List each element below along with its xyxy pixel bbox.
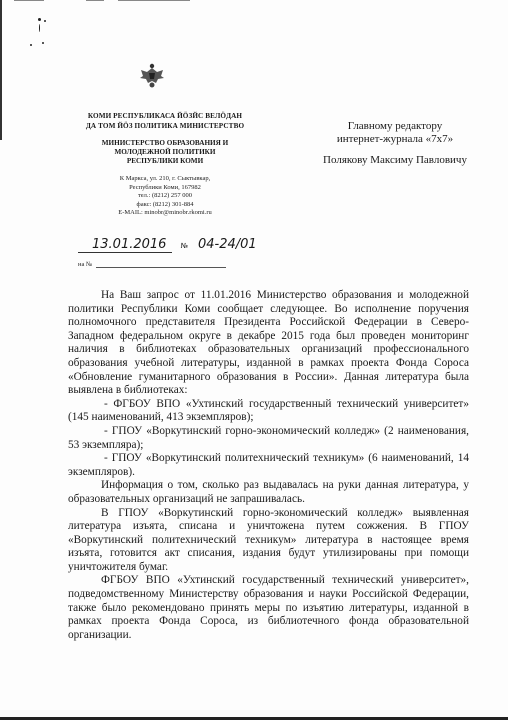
phone-line: тел.: (8212) 257 000 (65, 192, 265, 201)
reference-blank (96, 267, 226, 268)
komi-ministry-name: КОМИ РЕСПУБЛИКАСА ЙÖЗЙС ВЕЛÖДАН ДА ТОМ Й… (65, 111, 265, 131)
letterhead: КОМИ РЕСПУБЛИКАСА ЙÖЗЙС ВЕЛÖДАН ДА ТОМ Й… (65, 111, 265, 218)
list-item-library: - ГПОУ «Воркутинский горно-экономический… (68, 425, 469, 452)
addressee-name: Полякову Максиму Павловичу (285, 154, 505, 167)
addressee-position: Главному редактору (285, 120, 505, 133)
scan-edge-top (14, 0, 44, 1)
addressee-block: Главному редактору интернет-журнала «7х7… (285, 120, 505, 167)
ministry-name-line: РЕСПУБЛИКИ КОМИ (65, 157, 265, 166)
registration-number-label: № (181, 242, 188, 250)
ministry-address: К Маркса, ул. 210, г. Сыктывкар, Республ… (65, 175, 265, 218)
registration-date: 13.01.2016 (78, 237, 172, 253)
scanned-letter-page: КОМИ РЕСПУБЛИКАСА ЙÖЗЙС ВЕЛÖДАН ДА ТОМ Й… (0, 0, 508, 720)
list-item-library: - ФГБОУ ВПО «Ухтинский государственный т… (68, 398, 469, 425)
reference-line: на № (78, 261, 226, 268)
scan-specks (30, 14, 50, 54)
scan-edge-top (118, 0, 190, 1)
body-paragraph: В ГПОУ «Воркутинский горно-экономический… (68, 507, 469, 575)
body-paragraph: Информация о том, сколько раз выдавалась… (68, 479, 469, 506)
registration-number: 04-24/01 (196, 237, 259, 252)
komi-name-line: ДА ТОМ ЙÖЗ ПОЛИТИКА МИНИСТЕРСТВО (65, 121, 265, 131)
address-line: К Маркса, ул. 210, г. Сыктывкар, (65, 175, 265, 184)
fax-line: факс: (8212) 301-884 (65, 201, 265, 210)
reference-label: на № (78, 261, 92, 268)
komi-coat-of-arms-icon (137, 60, 167, 90)
letter-body: На Ваш запрос от 11.01.2016 Министерство… (68, 289, 469, 642)
scan-edge-top (86, 0, 104, 1)
ministry-name-line: МИНИСТЕРСТВО ОБРАЗОВАНИЯ И (65, 139, 265, 148)
address-line: Республики Коми, 167982 (65, 184, 265, 193)
addressee-organization: интернет-журнала «7х7» (285, 133, 505, 146)
body-paragraph: На Ваш запрос от 11.01.2016 Министерство… (68, 289, 469, 398)
registration-line: 13.01.2016 № 04-24/01 (78, 237, 259, 253)
email-line: E-MAIL: minobr@minobr.rkomi.ru (65, 209, 265, 218)
list-item-library: - ГПОУ «Воркутинский политехнический тех… (68, 452, 469, 479)
body-paragraph: ФГБОУ ВПО «Ухтинский государственный тех… (68, 574, 469, 642)
komi-name-line: КОМИ РЕСПУБЛИКАСА ЙÖЗЙС ВЕЛÖДАН (65, 111, 265, 121)
scan-edge-left (0, 0, 2, 140)
ministry-name: МИНИСТЕРСТВО ОБРАЗОВАНИЯ И МОЛОДЕЖНОЙ ПО… (65, 139, 265, 166)
ministry-name-line: МОЛОДЕЖНОЙ ПОЛИТИКИ (65, 148, 265, 157)
